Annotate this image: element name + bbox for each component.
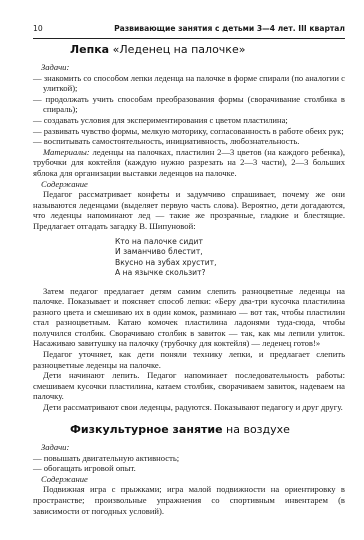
content-label: Содержание — [33, 474, 345, 485]
paragraph: Дети рассматривают свои леденцы, радуютс… — [33, 402, 345, 413]
section-title-bold: Лепка — [70, 43, 109, 56]
section-title-lepka: Лепка «Леденец на палочке» — [70, 43, 245, 56]
task-item: — обогащать игровой опыт. — [33, 463, 345, 474]
materials-paragraph: Материалы: леденцы на палочках, пластили… — [33, 147, 345, 179]
running-header: 10 Развивающие занятия с детьми 3—4 лет.… — [33, 22, 345, 36]
poem-line: Кто на палочке сидит — [115, 237, 345, 248]
poem-line: А на язычке скользит? — [115, 268, 345, 279]
running-title: Развивающие занятия с детьми 3—4 лет. II… — [114, 24, 345, 33]
section-title-fizkultura: Физкультурное занятие на воздухе — [70, 423, 290, 436]
page-number: 10 — [33, 24, 43, 33]
task-item: — продолжать учить способам преобразован… — [33, 94, 345, 115]
tasks-list: — повышать двигательную активность; — об… — [33, 453, 345, 474]
section-title-rest: на воздухе — [223, 423, 290, 436]
tasks-list: — знакомить со способом лепки леденца на… — [33, 73, 345, 147]
task-item: — создавать условия для экспериментирова… — [33, 115, 345, 126]
paragraph: Затем педагог предлагает детям самим сле… — [33, 286, 345, 350]
materials-label: Материалы: — [43, 147, 90, 157]
task-item: — развивать чувство формы, мелкую мотори… — [33, 126, 345, 137]
paragraph: Дети начинают лепить. Педагог напоминает… — [33, 370, 345, 402]
task-item: — знакомить со способом лепки леденца на… — [33, 73, 345, 94]
paragraph: Педагог рассматривает конфеты и задумчив… — [33, 189, 345, 231]
section-body-lepka: Задачи: — знакомить со способом лепки ле… — [33, 62, 345, 413]
tasks-label: Задачи: — [33, 442, 345, 453]
paragraph: Подвижная игра с прыжками; игра малой по… — [33, 484, 345, 516]
task-item: — воспитывать самостоятельность, инициат… — [33, 136, 345, 147]
poem-line: Вкусно на зубах хрустит, — [115, 258, 345, 269]
section-title-rest: «Леденец на палочке» — [109, 43, 245, 56]
content-label: Содержание — [33, 179, 345, 190]
paragraph: Педагог уточняет, как дети поняли техник… — [33, 349, 345, 370]
riddle-poem: Кто на палочке сидит И заманчиво блестит… — [115, 237, 345, 279]
section-title-bold: Физкультурное занятие — [70, 423, 223, 436]
poem-line: И заманчиво блестит, — [115, 247, 345, 258]
tasks-label: Задачи: — [33, 62, 345, 73]
task-item: — повышать двигательную активность; — [33, 453, 345, 464]
header-rule — [33, 38, 345, 39]
section-body-fizkultura: Задачи: — повышать двигательную активнос… — [33, 442, 345, 516]
